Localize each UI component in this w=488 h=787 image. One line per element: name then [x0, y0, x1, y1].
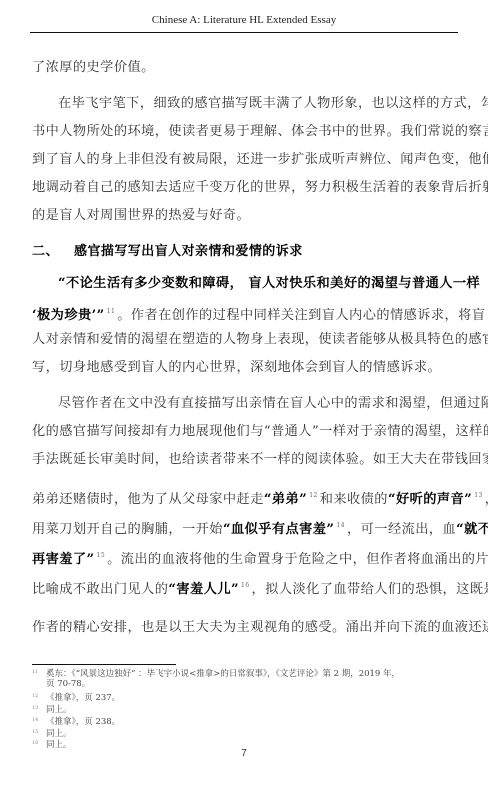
footnote-ref[interactable]: 13 [474, 492, 483, 499]
header-rule [30, 32, 458, 33]
text-run: 和来收债的 [320, 492, 388, 507]
paragraph-line: 人对亲情和爱情的渴望在塑造的人物身上表现，使读者能够从极具特色的感官描 [32, 332, 456, 348]
quote-line: “不论生活有多少变数和障碍， 盲人对快乐和美好的渴望与普通人一样 [58, 276, 456, 292]
footnote-mark: 15 [32, 727, 46, 738]
bold-quote: “害羞人儿” [168, 582, 239, 597]
bold-quote: “好听的声音” [388, 492, 472, 507]
page-number: 7 [0, 748, 488, 759]
text-run: 。流出的血液将他的生命置身于危险之中，但作者将血涌出的片段 [107, 552, 488, 567]
text-run: ，拟人淡化了血带给人们的恐惧，这既是 [252, 582, 488, 597]
paragraph-line: 弟弟还赌债时，他为了从父母家中赶走“弟弟”12和来收债的“好听的声音”13， [32, 488, 456, 508]
footnote-mark: 12 [32, 691, 46, 702]
bold-quote: “血似乎有点害羞” [223, 522, 335, 537]
footnote-ref[interactable]: 11 [107, 308, 116, 315]
paragraph-line: 化的感官描写间接却有力地展现他们与“普通人”一样对于亲情的渴望，这样的 [32, 424, 456, 440]
paragraph-line: 作者的精心安排，也是以王大夫为主观视角的感受。涌出并向下流的血液还进一 [32, 620, 456, 636]
paragraph-line: 写，切身地感受到盲人的内心世界，深刻地体会到盲人的情感诉求。 [32, 360, 456, 376]
footnote-ref[interactable]: 12 [309, 492, 318, 499]
footnote-text: 《推拿》，页 237。 [46, 693, 120, 703]
footnote-mark: 14 [32, 715, 46, 726]
bold-quote: “弟弟” [264, 492, 307, 507]
paragraph-line: 比喻成不敢出门见人的“害羞人儿”16，拟人淡化了血带给人们的恐惧，这既是 [32, 578, 456, 598]
text-run: 比喻成不敢出门见人的 [32, 582, 168, 597]
section-heading: 二、感官描写写出盲人对亲情和爱情的诉求 [32, 244, 456, 260]
footnote-ref[interactable]: 15 [97, 552, 106, 559]
bold-quote: 再害羞了” [32, 552, 95, 567]
paragraph-line: 在毕飞宇笔下，细致的感官描写既丰满了人物形象，也以这样的方式，勾勒出 [58, 96, 456, 112]
paragraph-line: 再害羞了”15。流出的血液将他的生命置身于危险之中，但作者将血涌出的片段 [32, 548, 456, 568]
paragraph-line: 的是盲人对周围世界的热爱与好奇。 [32, 208, 456, 224]
footnote-ref[interactable]: 16 [241, 582, 250, 589]
bold-quote: ‘极为珍贵’” [32, 308, 105, 323]
paragraph-line: ‘极为珍贵’”11。作者在创作的过程中同样关注到盲人内心的情感诉求，将盲 [32, 304, 456, 324]
text-run: 。作者在创作的过程中同样关注到盲人内心的情感诉求，将盲 [117, 308, 485, 323]
footnote-text: 《推拿》，页 238。 [46, 717, 120, 727]
paragraph-line: 书中人物所处的环境，使读者更易于理解、体会书中的世界。我们常说的察言观色 [32, 124, 456, 140]
footnote-ref[interactable]: 14 [336, 522, 345, 529]
paragraph-line: 了浓厚的史学价值。 [32, 60, 456, 76]
footnote-mark: 13 [32, 703, 46, 714]
footnote-text: 页 70-78。 [32, 679, 90, 689]
footnote-11-cont: 页 70-78。 [32, 679, 90, 690]
footnote-text: 同上。 [46, 705, 72, 715]
section-number: 二、 [32, 244, 74, 260]
paragraph-line: 手法既延长审美时间，也给读者带来不一样的阅读体验。如王大夫在带钱回家给 [32, 452, 456, 468]
paragraph-line: 地调动着自己的感知去适应千变万化的世界，努力积极生活着的表象背后折射出 [32, 180, 456, 196]
paragraph-line: 尽管作者在文中没有直接描写出亲情在盲人心中的需求和渴望，但通过陌生 [58, 396, 456, 412]
section-title: 感官描写写出盲人对亲情和爱情的诉求 [74, 244, 303, 259]
text-run: 弟弟还赌债时，他为了从父母家中赶走 [32, 492, 264, 507]
footnote-text: 奚东：《“风景这边独好” ：毕飞宇小说<推拿>的日常叙事》，《文艺评论》第 2 … [46, 669, 400, 679]
footnote-mark: 11 [32, 667, 46, 678]
bold-quote: “就不 [456, 522, 488, 537]
paragraph-line: 用菜刀划开自己的胸脯，一开始“血似乎有点害羞”14，可一经流出，血“就不 [32, 518, 456, 538]
running-header: Chinese A: Literature HL Extended Essay [0, 14, 488, 26]
text-run: 用菜刀划开自己的胸脯，一开始 [32, 522, 223, 537]
text-run: ，可一经流出，血 [347, 522, 456, 537]
paragraph-line: 到了盲人的身上非但没有被局限，还进一步扩张成听声辨位、闻声色变，他们充分 [32, 152, 456, 168]
footnote-separator [32, 664, 176, 665]
